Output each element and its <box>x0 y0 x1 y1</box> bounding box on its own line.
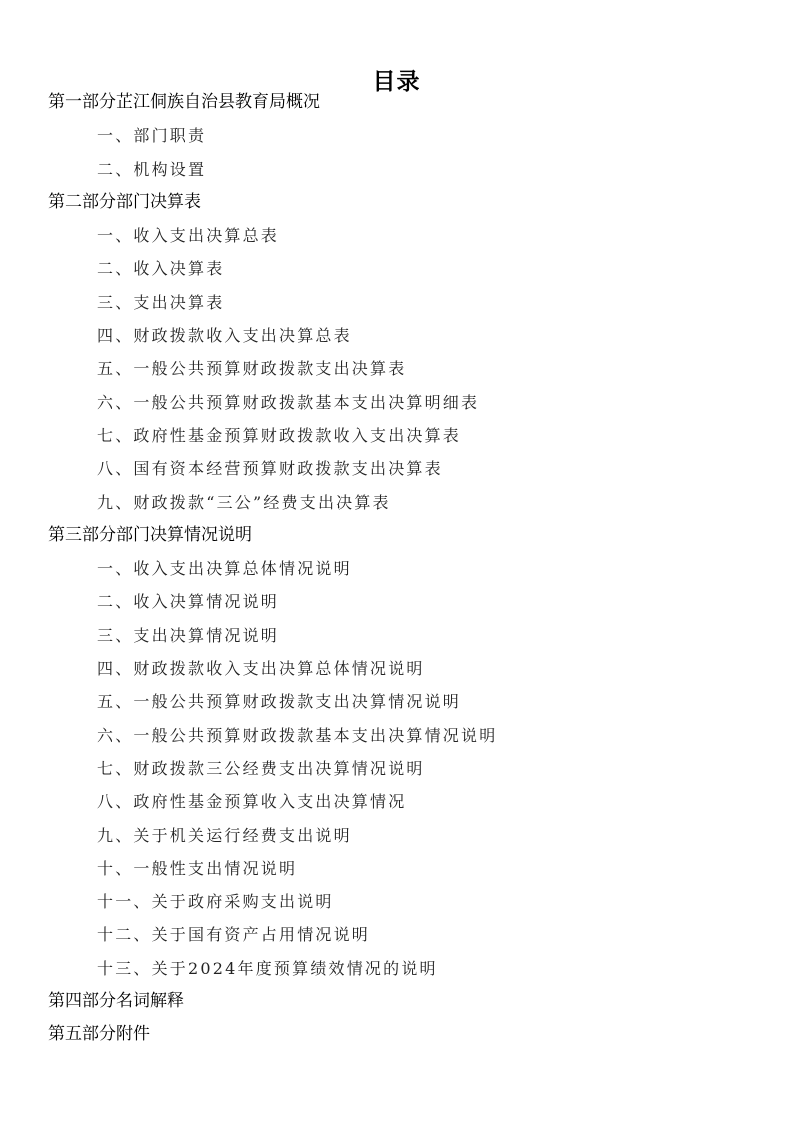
toc-item[interactable]: 五、一般公共预算财政拨款支出决算情况说明 <box>0 685 793 718</box>
toc-part-4[interactable]: 第四部分名词解释 <box>0 985 793 1018</box>
toc-item[interactable]: 四、财政拨款收入支出决算总表 <box>0 319 793 352</box>
toc-item[interactable]: 七、财政拨款三公经费支出决算情况说明 <box>0 752 793 785</box>
toc-part-5[interactable]: 第五部分附件 <box>0 1018 793 1051</box>
toc-item[interactable]: 一、部门职责 <box>0 119 793 152</box>
toc-item[interactable]: 八、国有资本经营预算财政拨款支出决算表 <box>0 452 793 485</box>
toc-item[interactable]: 一、收入支出决算总体情况说明 <box>0 552 793 585</box>
toc-item[interactable]: 三、支出决算情况说明 <box>0 619 793 652</box>
toc-item[interactable]: 二、收入决算表 <box>0 252 793 285</box>
toc-item[interactable]: 五、一般公共预算财政拨款支出决算表 <box>0 352 793 385</box>
toc-item[interactable]: 十二、关于国有资产占用情况说明 <box>0 918 793 951</box>
toc-item[interactable]: 四、财政拨款收入支出决算总体情况说明 <box>0 652 793 685</box>
toc-item[interactable]: 一、收入支出决算总表 <box>0 219 793 252</box>
toc-item[interactable]: 二、收入决算情况说明 <box>0 585 793 618</box>
toc-item[interactable]: 九、关于机关运行经费支出说明 <box>0 819 793 852</box>
toc-part-3[interactable]: 第三部分部门决算情况说明 <box>0 519 793 552</box>
toc-item[interactable]: 六、一般公共预算财政拨款基本支出决算情况说明 <box>0 719 793 752</box>
toc-part-2[interactable]: 第二部分部门决算表 <box>0 186 793 219</box>
toc-item[interactable]: 八、政府性基金预算收入支出决算情况 <box>0 785 793 818</box>
toc-item[interactable]: 二、机构设置 <box>0 153 793 186</box>
toc-part-1[interactable]: 第一部分芷江侗族自治县教育局概况 <box>0 86 793 119</box>
toc-item[interactable]: 十三、关于2024年度预算绩效情况的说明 <box>0 952 793 985</box>
toc-item[interactable]: 七、政府性基金预算财政拨款收入支出决算表 <box>0 419 793 452</box>
toc-item[interactable]: 十一、关于政府采购支出说明 <box>0 885 793 918</box>
toc-item[interactable]: 九、财政拨款“三公”经费支出决算表 <box>0 486 793 519</box>
toc-item[interactable]: 三、支出决算表 <box>0 286 793 319</box>
toc-item[interactable]: 十、一般性支出情况说明 <box>0 852 793 885</box>
toc-item[interactable]: 六、一般公共预算财政拨款基本支出决算明细表 <box>0 386 793 419</box>
table-of-contents: 第一部分芷江侗族自治县教育局概况 一、部门职责 二、机构设置 第二部分部门决算表… <box>0 86 793 1052</box>
